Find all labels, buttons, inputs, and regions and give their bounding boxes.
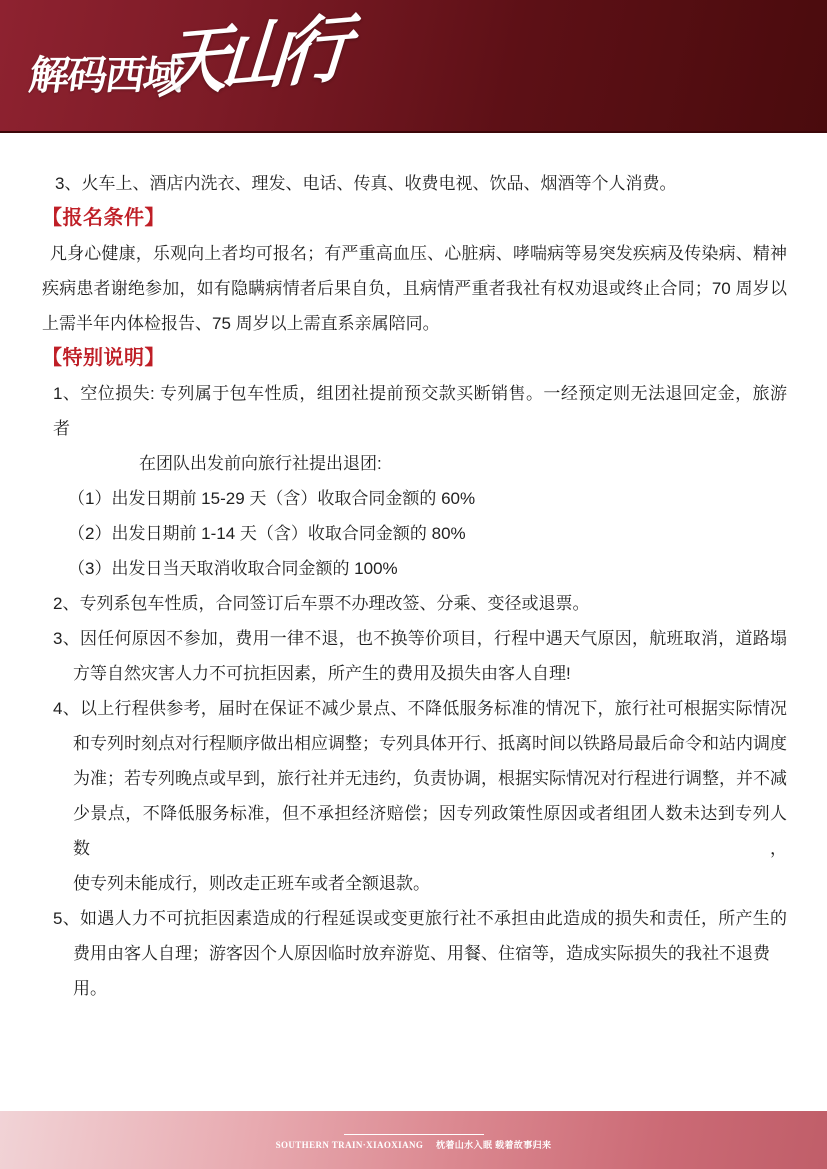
text-line: 3、因任何原因不参加，费用一律不退，也不换等价项目，行程中遇天气原因，航班取消，… bbox=[42, 621, 787, 656]
footer-text: SOUTHERN TRAIN·XIAOXIANG 枕着山水入眠 载着故事归来 bbox=[0, 1140, 827, 1150]
text-line: 上需半年内体检报告、75 周岁以上需直系亲属陪同。 bbox=[42, 306, 787, 341]
section-heading-special-notes: 【特别说明】 bbox=[42, 341, 787, 376]
footer-slogan: 枕着山水入眠 载着故事归来 bbox=[436, 1140, 551, 1150]
document-page: 解码西域 天山行 3、火车上、酒店内洗衣、理发、电话、传真、收费电视、饮品、烟酒… bbox=[0, 0, 827, 1169]
text-line: 在团队出发前向旅行社提出退团: bbox=[42, 446, 787, 481]
footer-divider-line bbox=[344, 1134, 484, 1135]
text-line: 为准；若专列晚点或早到，旅行社并无违约，负责协调，根据实际情况对行程进行调整，并… bbox=[42, 761, 787, 796]
footer-brand: SOUTHERN TRAIN·XIAOXIANG bbox=[276, 1140, 424, 1150]
logo-text-calligraphy: 天山行 bbox=[157, 0, 349, 112]
text-line: 使专列未能成行，则改走正班车或者全额退款。 bbox=[42, 866, 787, 901]
text-line: （2）出发日期前 1-14 天（含）收取合同金额的 80% bbox=[42, 516, 787, 551]
fee-exclusion-line: 3、火车上、酒店内洗衣、理发、电话、传真、收费电视、饮品、烟酒等个人消费。 bbox=[42, 166, 787, 201]
text-line: （3）出发日当天取消收取合同金额的 100% bbox=[42, 551, 787, 586]
header-banner: 解码西域 天山行 bbox=[0, 0, 827, 133]
document-body: 3、火车上、酒店内洗衣、理发、电话、传真、收费电视、饮品、烟酒等个人消费。 【报… bbox=[0, 133, 827, 1006]
text-line: （1）出发日期前 15-29 天（含）收取合同金额的 60% bbox=[42, 481, 787, 516]
text-line: 方等自然灾害人力不可抗拒因素，所产生的费用及损失由客人自理! bbox=[42, 656, 787, 691]
text-line: 少景点，不降低服务标准，但不承担经济赔偿；因专列政策性原因或者组团人数未达到专列… bbox=[42, 796, 787, 866]
text-line: 4、以上行程供参考，届时在保证不减少景点、不降低服务标准的情况下，旅行社可根据实… bbox=[42, 691, 787, 726]
footer-banner: SOUTHERN TRAIN·XIAOXIANG 枕着山水入眠 载着故事归来 bbox=[0, 1111, 827, 1169]
text-line: 和专列时刻点对行程顺序做出相应调整；专列具体开行、抵离时间以铁路局最后命令和站内… bbox=[42, 726, 787, 761]
text-line: 1、空位损失: 专列属于包车性质，组团社提前预交款买断销售。一经预定则无法退回定… bbox=[42, 376, 787, 446]
text-line: 5、如遇人力不可抗拒因素造成的行程延误或变更旅行社不承担由此造成的损失和责任，所… bbox=[42, 901, 787, 936]
text-line: 疾病患者谢绝参加，如有隐瞒病情者后果自负，且病情严重者我社有权劝退或终止合同；7… bbox=[42, 271, 787, 306]
text-line: 2、专列系包车性质，合同签订后车票不办理改签、分乘、变径或退票。 bbox=[42, 586, 787, 621]
text-line: 费用由客人自理；游客因个人原因临时放弃游览、用餐、住宿等，造成实际损失的我社不退… bbox=[42, 936, 787, 1006]
text-line: 凡身心健康，乐观向上者均可报名；有严重高血压、心脏病、哮喘病等易突发疾病及传染病… bbox=[42, 236, 787, 271]
section-heading-signup-conditions: 【报名条件】 bbox=[42, 201, 787, 236]
